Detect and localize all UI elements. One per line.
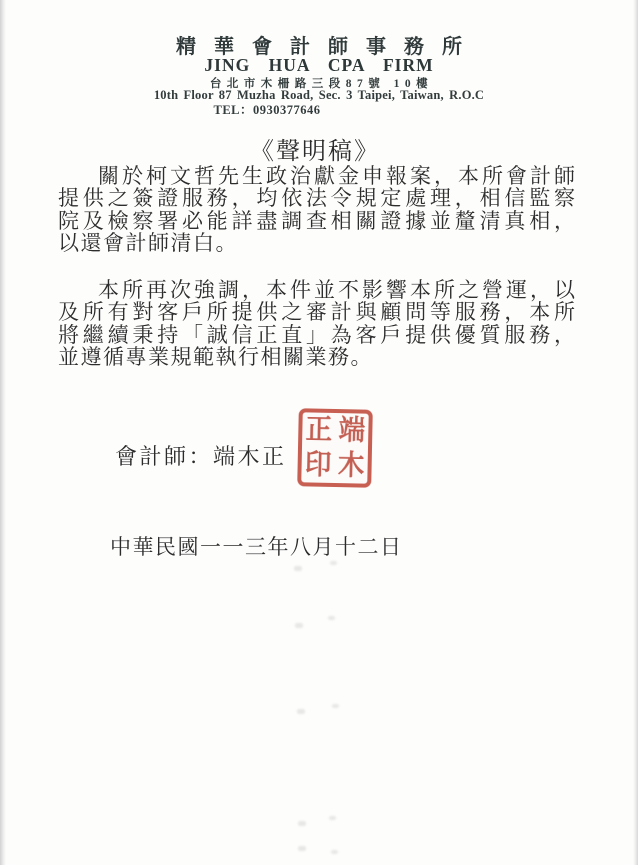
- scan-artifact: [297, 709, 305, 714]
- seal-character: 端: [338, 417, 365, 446]
- scan-artifact: [298, 846, 306, 851]
- scan-artifact: [330, 561, 337, 565]
- scan-edge-left: [0, 0, 6, 865]
- accountant-signature-line: 會計師：端木正: [115, 440, 287, 471]
- paragraph-1-line: 提供之簽證服務，均依法令規定處理，相信監察: [58, 187, 575, 209]
- paragraph-2-line: 並遵循專業規範執行相關業務。: [58, 346, 575, 368]
- scan-artifact: [329, 816, 336, 820]
- red-name-seal: 正 端 印 木: [297, 408, 373, 488]
- scan-artifact: [328, 616, 335, 620]
- scan-artifact: [295, 623, 303, 628]
- paragraph-2-line: 本所再次強調，本件並不影響本所之營運，以: [58, 279, 575, 301]
- document-title: 《聲明稿》: [0, 131, 634, 166]
- seal-character: 正: [305, 416, 332, 445]
- scan-artifact: [331, 850, 338, 854]
- paragraph-2: 本所再次強調，本件並不影響本所之營運，以 及所有對客戶所提供之審計與顧問等服務，…: [58, 279, 575, 369]
- seal-character: 木: [338, 452, 365, 481]
- paragraph-2-line: 及所有對客戶所提供之審計與顧問等服務，本所: [58, 301, 575, 323]
- firm-telephone: TEL：0930377646: [0, 100, 586, 118]
- paragraph-2-line: 將繼續秉持「誠信正直」為客戶提供優質服務，: [58, 324, 575, 346]
- scan-artifact: [298, 821, 306, 826]
- paragraph-1: 關於柯文哲先生政治獻金申報案，本所會計師 提供之簽證服務，均依法令規定處理，相信…: [58, 165, 575, 255]
- scan-artifact: [332, 704, 339, 708]
- scan-edge-right: [633, 0, 638, 865]
- paragraph-1-line: 以還會計師清白。: [58, 232, 575, 254]
- paragraph-1-line: 關於柯文哲先生政治獻金申報案，本所會計師: [58, 165, 575, 187]
- firm-name-english: JING HUA CPA FIRM: [0, 55, 638, 76]
- scan-artifact: [294, 566, 302, 571]
- statement-document-page: 精華會計師事務所 JING HUA CPA FIRM 台北市木柵路三段87號 1…: [0, 0, 638, 865]
- roc-date-line: 中華民國一一三年八月十二日: [110, 531, 403, 561]
- seal-character: 印: [305, 451, 332, 480]
- paragraph-1-line: 院及檢察署必能詳盡調查相關證據並釐清真相，: [58, 210, 575, 232]
